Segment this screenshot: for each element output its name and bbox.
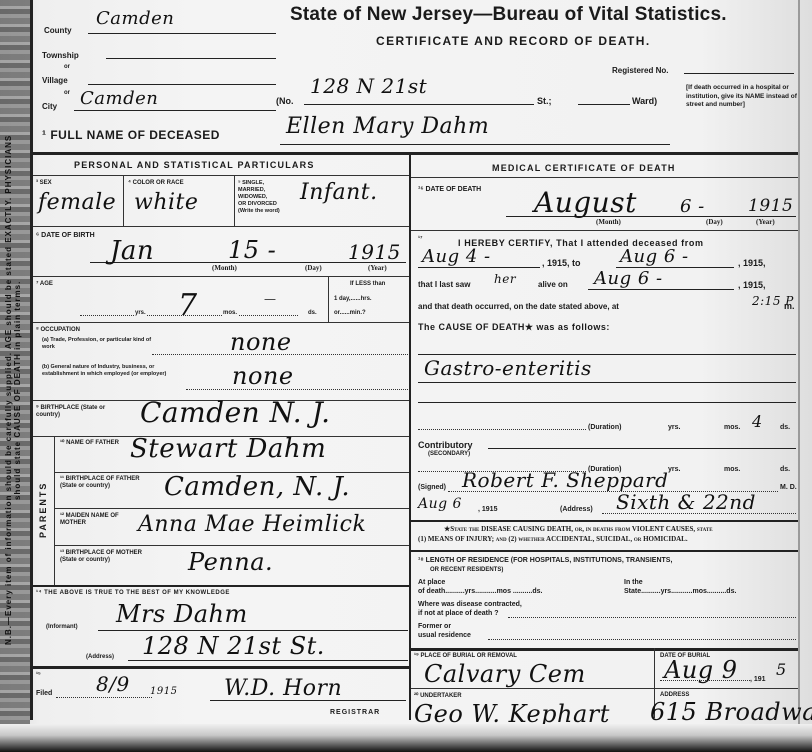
birthplace-value[interactable]: Camden N. J. bbox=[140, 396, 331, 429]
marital-label-line: WIDOWED, bbox=[238, 194, 280, 201]
divider bbox=[33, 276, 409, 277]
divider bbox=[33, 666, 409, 669]
usual-residence-label: usual residence bbox=[418, 632, 471, 639]
father-name-label: ¹⁰ NAME OF FATHER bbox=[60, 440, 130, 447]
cause-label: The CAUSE OF DEATH★ was as follows: bbox=[418, 322, 610, 333]
dod-month[interactable]: August bbox=[534, 186, 637, 219]
last-saw-year: , 1915, bbox=[738, 280, 766, 290]
or-label-2: or bbox=[64, 90, 70, 96]
age-mos-value[interactable]: 7 bbox=[178, 288, 198, 323]
ward-label: Ward) bbox=[632, 96, 657, 106]
duration-ds-value[interactable]: 4 bbox=[752, 412, 763, 431]
margin-instructions: N.B.—Every item of information should be… bbox=[4, 120, 26, 660]
registrar-signature[interactable]: W.D. Horn bbox=[224, 676, 342, 701]
dod-year[interactable]: 1915 bbox=[748, 196, 793, 216]
contributory-ds-label: ds. bbox=[780, 466, 790, 473]
duration-line bbox=[418, 429, 586, 430]
divider bbox=[328, 276, 329, 322]
less-min-label: or......min.? bbox=[334, 310, 366, 316]
undertaker-address-value[interactable]: 615 Broadway bbox=[650, 698, 812, 726]
divider bbox=[33, 585, 409, 587]
former-label: Former or bbox=[418, 623, 451, 630]
divider bbox=[54, 545, 409, 546]
street-no-value[interactable]: 128 N 21st bbox=[310, 74, 427, 98]
scan-bottom-edge bbox=[0, 724, 812, 752]
age-label: ⁷ AGE bbox=[36, 281, 53, 287]
county-line bbox=[88, 33, 276, 34]
attended-from-value[interactable]: Aug 4 - bbox=[422, 246, 491, 267]
footnote-line-2: (1) MEANS OF INJURY; and (2) whether ACC… bbox=[418, 535, 688, 543]
medical-address-label: (Address) bbox=[560, 506, 593, 513]
divider bbox=[33, 175, 409, 176]
city-value[interactable]: Camden bbox=[80, 88, 158, 109]
informant-line bbox=[98, 630, 408, 631]
street-label: St.; bbox=[537, 96, 552, 106]
attended-from-line bbox=[418, 267, 540, 268]
death-certificate: N.B.—Every item of information should be… bbox=[0, 0, 812, 752]
marital-label-line: (Write the word) bbox=[238, 208, 280, 215]
sex-label: ³ SEX bbox=[36, 180, 52, 186]
full-name-line bbox=[280, 144, 670, 145]
father-birthplace-value[interactable]: Camden, N. J. bbox=[164, 472, 350, 502]
last-saw-line bbox=[588, 289, 734, 290]
md-label: M. D. bbox=[780, 484, 797, 491]
less-day-label: 1 day,......hrs. bbox=[334, 296, 372, 302]
cause-line-1 bbox=[418, 354, 796, 355]
informant-address-value[interactable]: 128 N 21st St. bbox=[142, 632, 325, 660]
footnote-line-1: ★State the DISEASE CAUSING DEATH, or, in… bbox=[444, 525, 713, 533]
ward-line[interactable] bbox=[578, 104, 630, 105]
divider bbox=[54, 436, 55, 586]
in-the-label: In the bbox=[624, 579, 643, 586]
occupation-b-line bbox=[186, 389, 408, 390]
county-label: County bbox=[44, 26, 72, 35]
divider bbox=[411, 177, 798, 178]
usual-residence-line[interactable] bbox=[488, 639, 796, 640]
document-subtitle: CERTIFICATE AND RECORD OF DEATH. bbox=[376, 34, 651, 48]
marital-value[interactable]: Infant. bbox=[300, 180, 378, 205]
contributory-yrs-label: yrs. bbox=[668, 466, 680, 473]
village-line[interactable] bbox=[88, 84, 276, 85]
age-ds-label: ds. bbox=[308, 310, 317, 316]
mother-birthplace-label: ¹³ BIRTHPLACE OF MOTHER (State or countr… bbox=[60, 550, 150, 564]
contributory-label: Contributory bbox=[418, 440, 473, 450]
last-saw-mid: alive on bbox=[538, 280, 568, 289]
certify-number: ¹⁷ bbox=[418, 236, 422, 242]
cause-value[interactable]: Gastro-enteritis bbox=[424, 356, 592, 380]
dod-month-caption: (Month) bbox=[596, 218, 621, 226]
duration-yrs-label: yrs. bbox=[668, 424, 680, 431]
dob-day-caption: (Day) bbox=[305, 264, 322, 272]
dod-year-caption: (Year) bbox=[756, 218, 775, 226]
mother-birthplace-value[interactable]: Penna. bbox=[188, 548, 273, 576]
contributory-mos-label: mos. bbox=[724, 466, 740, 473]
informant-address-line bbox=[128, 660, 408, 661]
attended-from-year: , 1915, to bbox=[542, 258, 581, 268]
dob-year[interactable]: 1915 bbox=[348, 240, 401, 264]
divider bbox=[123, 176, 124, 226]
contracted-label-2: if not at place of death ? bbox=[418, 610, 499, 617]
burial-year-prefix: , 191 bbox=[750, 676, 766, 683]
signed-label: (Signed) bbox=[418, 484, 446, 491]
medical-address-value[interactable]: Sixth & 22nd bbox=[616, 490, 756, 514]
street-no-label: (No. bbox=[276, 96, 294, 106]
full-name-value[interactable]: Ellen Mary Dahm bbox=[286, 114, 489, 139]
hospital-note: [If death occurred in a hospital or inst… bbox=[686, 84, 798, 110]
less-than-label: If LESS than bbox=[350, 281, 385, 287]
contributory-line bbox=[488, 448, 796, 449]
village-label: Village bbox=[42, 76, 68, 85]
last-saw-pronoun[interactable]: her bbox=[494, 272, 516, 286]
dod-label: ¹⁶ DATE OF DEATH bbox=[418, 186, 481, 193]
signed-date[interactable]: Aug 6 bbox=[418, 496, 462, 512]
occupation-b-label: (b) General nature of Industry, business… bbox=[42, 364, 190, 377]
right-border bbox=[798, 0, 800, 752]
parents-label: PARENTS bbox=[38, 455, 52, 565]
death-time-text: and that death occurred, on the date sta… bbox=[418, 302, 619, 311]
secondary-label: (SECONDARY) bbox=[428, 451, 470, 457]
of-death-label: of death..........yrs...........mos ....… bbox=[418, 588, 542, 595]
divider bbox=[33, 226, 409, 227]
contracted-line[interactable] bbox=[508, 617, 796, 618]
registered-no-label: Registered No. bbox=[612, 66, 668, 75]
divider bbox=[411, 520, 798, 522]
mother-maiden-label: ¹² MAIDEN NAME OF MOTHER bbox=[60, 513, 140, 527]
death-time-suffix: m. bbox=[784, 301, 795, 311]
burial-date-value[interactable]: Aug 9 bbox=[664, 656, 738, 684]
registered-no-line[interactable] bbox=[684, 73, 794, 74]
divider bbox=[234, 176, 235, 226]
medical-section-title: MEDICAL CERTIFICATE OF DEATH bbox=[492, 163, 676, 173]
township-line[interactable] bbox=[106, 58, 276, 59]
county-value[interactable]: Camden bbox=[96, 8, 174, 29]
attended-to-value[interactable]: Aug 6 - bbox=[620, 246, 689, 267]
duration-ds-label: ds. bbox=[780, 424, 790, 431]
duration-label: (Duration) bbox=[588, 424, 621, 431]
or-label-1: or bbox=[64, 64, 70, 70]
burial-year-value[interactable]: 5 bbox=[776, 660, 787, 679]
filed-label: Filed bbox=[36, 690, 52, 697]
dod-day-caption: (Day) bbox=[706, 218, 723, 226]
divider bbox=[411, 550, 798, 552]
signed-year: , 1915 bbox=[478, 506, 497, 513]
father-birthplace-label: ¹¹ BIRTHPLACE OF FATHER (State or countr… bbox=[60, 476, 140, 490]
at-place-label: At place bbox=[418, 579, 445, 586]
township-label: Township bbox=[42, 51, 79, 60]
dob-month[interactable]: Jan bbox=[110, 236, 154, 266]
age-mos-label: mos. bbox=[222, 310, 238, 316]
last-saw-date[interactable]: Aug 6 - bbox=[594, 268, 663, 289]
occupation-a-label: (a) Trade, Profession, or particular kin… bbox=[42, 337, 158, 350]
registrar-label: REGISTRAR bbox=[330, 709, 380, 716]
divider bbox=[411, 688, 798, 689]
age-yrs-label: yrs. bbox=[134, 310, 147, 316]
occupation-b-value[interactable]: none bbox=[232, 362, 294, 390]
signed-value[interactable]: Robert F. Sheppard bbox=[462, 468, 668, 492]
street-no-line bbox=[304, 104, 534, 105]
full-name-label: ¹ FULL NAME OF DECEASED bbox=[42, 128, 220, 142]
contracted-label: Where was disease contracted, bbox=[418, 601, 522, 608]
color-value[interactable]: white bbox=[134, 190, 198, 215]
birthplace-label: ⁹ BIRTHPLACE (State or country) bbox=[36, 405, 116, 419]
divider bbox=[54, 508, 409, 509]
header-divider bbox=[30, 152, 798, 155]
color-label: ⁴ COLOR OR RACE bbox=[128, 180, 184, 186]
left-border bbox=[30, 0, 33, 720]
divider bbox=[411, 230, 798, 231]
marital-label: ⁵ SINGLE, MARRIED, WIDOWED, OR DIVORCED … bbox=[238, 180, 280, 215]
informant-address-label: (Address) bbox=[86, 654, 114, 660]
column-divider bbox=[409, 152, 411, 720]
document-title: State of New Jersey—Bureau of Vital Stat… bbox=[290, 4, 727, 26]
informant-statement: ¹⁴ THE ABOVE IS TRUE TO THE BEST OF MY K… bbox=[36, 590, 230, 596]
cause-line-3 bbox=[418, 402, 796, 403]
burial-place-value[interactable]: Calvary Cem bbox=[424, 660, 586, 688]
residence-label: ¹⁸ LENGTH OF RESIDENCE (FOR HOSPITALS, I… bbox=[418, 557, 672, 564]
divider bbox=[411, 648, 798, 651]
cause-line-2 bbox=[418, 382, 796, 383]
age-ds-value[interactable]: — bbox=[264, 292, 277, 306]
dod-day[interactable]: 6 - bbox=[680, 196, 705, 217]
city-label: City bbox=[42, 102, 57, 111]
filed-date-value[interactable]: 8/9 bbox=[96, 672, 130, 696]
marital-label-line: OR DIVORCED bbox=[238, 201, 280, 208]
occupation-label: ⁸ OCCUPATION bbox=[36, 327, 80, 333]
duration-mos-label: mos. bbox=[724, 424, 740, 431]
burial-place-label: ¹⁹ PLACE OF BURIAL OR REMOVAL bbox=[414, 653, 517, 659]
dob-day[interactable]: 15 - bbox=[228, 236, 276, 264]
occupation-a-value[interactable]: none bbox=[230, 328, 292, 356]
sex-value[interactable]: female bbox=[38, 190, 116, 215]
personal-section-title: PERSONAL AND STATISTICAL PARTICULARS bbox=[74, 160, 315, 170]
attended-to-year: , 1915, bbox=[738, 258, 766, 268]
last-saw-prefix: that I last saw bbox=[418, 280, 470, 289]
filed-line bbox=[56, 697, 152, 698]
mother-maiden-value[interactable]: Anna Mae Heimlick bbox=[138, 512, 366, 537]
informant-label: (Informant) bbox=[46, 624, 78, 630]
marital-label-line: ⁵ SINGLE, bbox=[238, 180, 280, 187]
father-name-value[interactable]: Stewart Dahm bbox=[130, 434, 326, 464]
marital-label-line: MARRIED, bbox=[238, 187, 280, 194]
state-label: State..........yrs...........mos........… bbox=[624, 588, 736, 595]
dob-month-caption: (Month) bbox=[212, 264, 237, 272]
residence-label-2: OR RECENT RESIDENTS) bbox=[430, 567, 503, 573]
informant-value[interactable]: Mrs Dahm bbox=[116, 600, 248, 628]
filed-year-value[interactable]: 1915 bbox=[150, 686, 177, 697]
city-line bbox=[74, 110, 276, 111]
dob-label: ⁶ DATE OF BIRTH bbox=[36, 232, 95, 239]
filed-number: ¹⁵ bbox=[36, 672, 41, 678]
undertaker-label: ²⁰ UNDERTAKER bbox=[414, 692, 462, 699]
dob-year-caption: (Year) bbox=[368, 264, 387, 272]
divider bbox=[33, 322, 409, 323]
